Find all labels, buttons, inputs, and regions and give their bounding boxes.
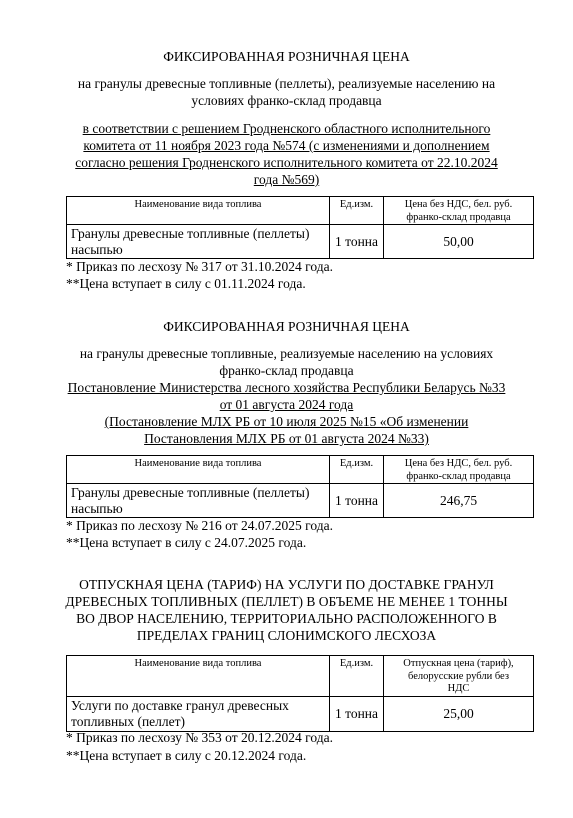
header-fuel-name: Наименование вида топлива bbox=[67, 456, 330, 484]
section-1-subtitle: на гранулы древесные топливные (пеллеты)… bbox=[0, 75, 573, 109]
cell-price: 246,75 bbox=[384, 484, 534, 518]
table-header-row: Наименование вида топлива Ед.изм. Отпуск… bbox=[67, 656, 534, 697]
table-row: Услуги по доставке гранул древесных топл… bbox=[67, 696, 534, 731]
header-fuel-name: Наименование вида топлива bbox=[67, 656, 330, 697]
section-3-note-order: * Приказ по лесхозу № 353 от 20.12.2024 … bbox=[66, 730, 333, 746]
section-1-note-order: * Приказ по лесхозу № 317 от 31.10.2024 … bbox=[66, 259, 333, 275]
header-price: Отпускная цена (тариф), белорусские рубл… bbox=[384, 656, 534, 697]
header-unit: Ед.изм. bbox=[330, 456, 384, 484]
section-3-title: ОТПУСКНАЯ ЦЕНА (ТАРИФ) НА УСЛУГИ ПО ДОСТ… bbox=[0, 576, 573, 644]
header-price: Цена без НДС, бел. руб. франко-склад про… bbox=[384, 456, 534, 484]
subtitle-line: на гранулы древесные топливные, реализуе… bbox=[0, 345, 573, 362]
subtitle-line: условиях франко-склад продавца bbox=[0, 92, 573, 109]
title-line: ДРЕВЕСНЫХ ТОПЛИВНЫХ (ПЕЛЛЕТ) В ОБЪЕМЕ НЕ… bbox=[0, 593, 573, 610]
cell-fuel-name: Гранулы древесные топливные (пеллеты) на… bbox=[67, 484, 330, 518]
cell-price: 25,00 bbox=[384, 696, 534, 731]
header-unit: Ед.изм. bbox=[330, 656, 384, 697]
cell-fuel-name: Услуги по доставке гранул древесных топл… bbox=[67, 696, 330, 731]
section-2-note-order: * Приказ по лесхозу № 216 от 24.07.2025 … bbox=[66, 518, 333, 534]
subtitle-line: на гранулы древесные топливные (пеллеты)… bbox=[0, 75, 573, 92]
cell-unit: 1 тонна bbox=[330, 225, 384, 259]
basis-line: Постановление Министерства лесного хозяй… bbox=[68, 380, 506, 395]
section-2-price-table: Наименование вида топлива Ед.изм. Цена б… bbox=[66, 455, 534, 518]
cell-fuel-name: Гранулы древесные топливные (пеллеты) на… bbox=[67, 225, 330, 259]
section-3-price-table: Наименование вида топлива Ед.изм. Отпуск… bbox=[66, 655, 534, 732]
header-unit: Ед.изм. bbox=[330, 197, 384, 225]
header-price: Цена без НДС, бел. руб. франко-склад про… bbox=[384, 197, 534, 225]
basis-line: года №569) bbox=[254, 172, 319, 187]
section-2-title: ФИКСИРОВАННАЯ РОЗНИЧНАЯ ЦЕНА bbox=[0, 318, 573, 335]
cell-unit: 1 тонна bbox=[330, 696, 384, 731]
basis-line: в соответствии с решением Гродненского о… bbox=[83, 121, 491, 136]
section-1-title: ФИКСИРОВАННАЯ РОЗНИЧНАЯ ЦЕНА bbox=[0, 48, 573, 65]
title-line: ПРЕДЕЛАХ ГРАНИЦ СЛОНИМСКОГО ЛЕСХОЗА bbox=[0, 627, 573, 644]
cell-price: 50,00 bbox=[384, 225, 534, 259]
section-1-price-table: Наименование вида топлива Ед.изм. Цена б… bbox=[66, 196, 534, 259]
table-row: Гранулы древесные топливные (пеллеты) на… bbox=[67, 484, 534, 518]
title-line: ВО ДВОР НАСЕЛЕНИЮ, ТЕРРИТОРИАЛЬНО РАСПОЛ… bbox=[0, 610, 573, 627]
section-2-subtitle: на гранулы древесные топливные, реализуе… bbox=[0, 345, 573, 379]
cell-unit: 1 тонна bbox=[330, 484, 384, 518]
basis-line: согласно решения Гродненского исполнител… bbox=[75, 155, 497, 170]
basis-line: (Постановление МЛХ РБ от 10 июля 2025 №1… bbox=[105, 414, 469, 429]
section-2-basis: Постановление Министерства лесного хозяй… bbox=[0, 379, 573, 447]
subtitle-line: франко-склад продавца bbox=[0, 362, 573, 379]
section-1-note-effective: **Цена вступает в силу с 01.11.2024 года… bbox=[66, 276, 306, 292]
basis-line: комитета от 11 ноября 2023 года №574 (с … bbox=[83, 138, 489, 153]
title-line: ОТПУСКНАЯ ЦЕНА (ТАРИФ) НА УСЛУГИ ПО ДОСТ… bbox=[0, 576, 573, 593]
section-3-note-effective: **Цена вступает в силу с 20.12.2024 года… bbox=[66, 748, 306, 764]
table-row: Гранулы древесные топливные (пеллеты) на… bbox=[67, 225, 534, 259]
table-header-row: Наименование вида топлива Ед.изм. Цена б… bbox=[67, 197, 534, 225]
header-fuel-name: Наименование вида топлива bbox=[67, 197, 330, 225]
basis-line: от 01 августа 2024 года bbox=[220, 397, 354, 412]
basis-line: Постановления МЛХ РБ от 01 августа 2024 … bbox=[144, 431, 429, 446]
table-header-row: Наименование вида топлива Ед.изм. Цена б… bbox=[67, 456, 534, 484]
section-1-basis: в соответствии с решением Гродненского о… bbox=[0, 120, 573, 188]
section-2-note-effective: **Цена вступает в силу с 24.07.2025 года… bbox=[66, 535, 306, 551]
